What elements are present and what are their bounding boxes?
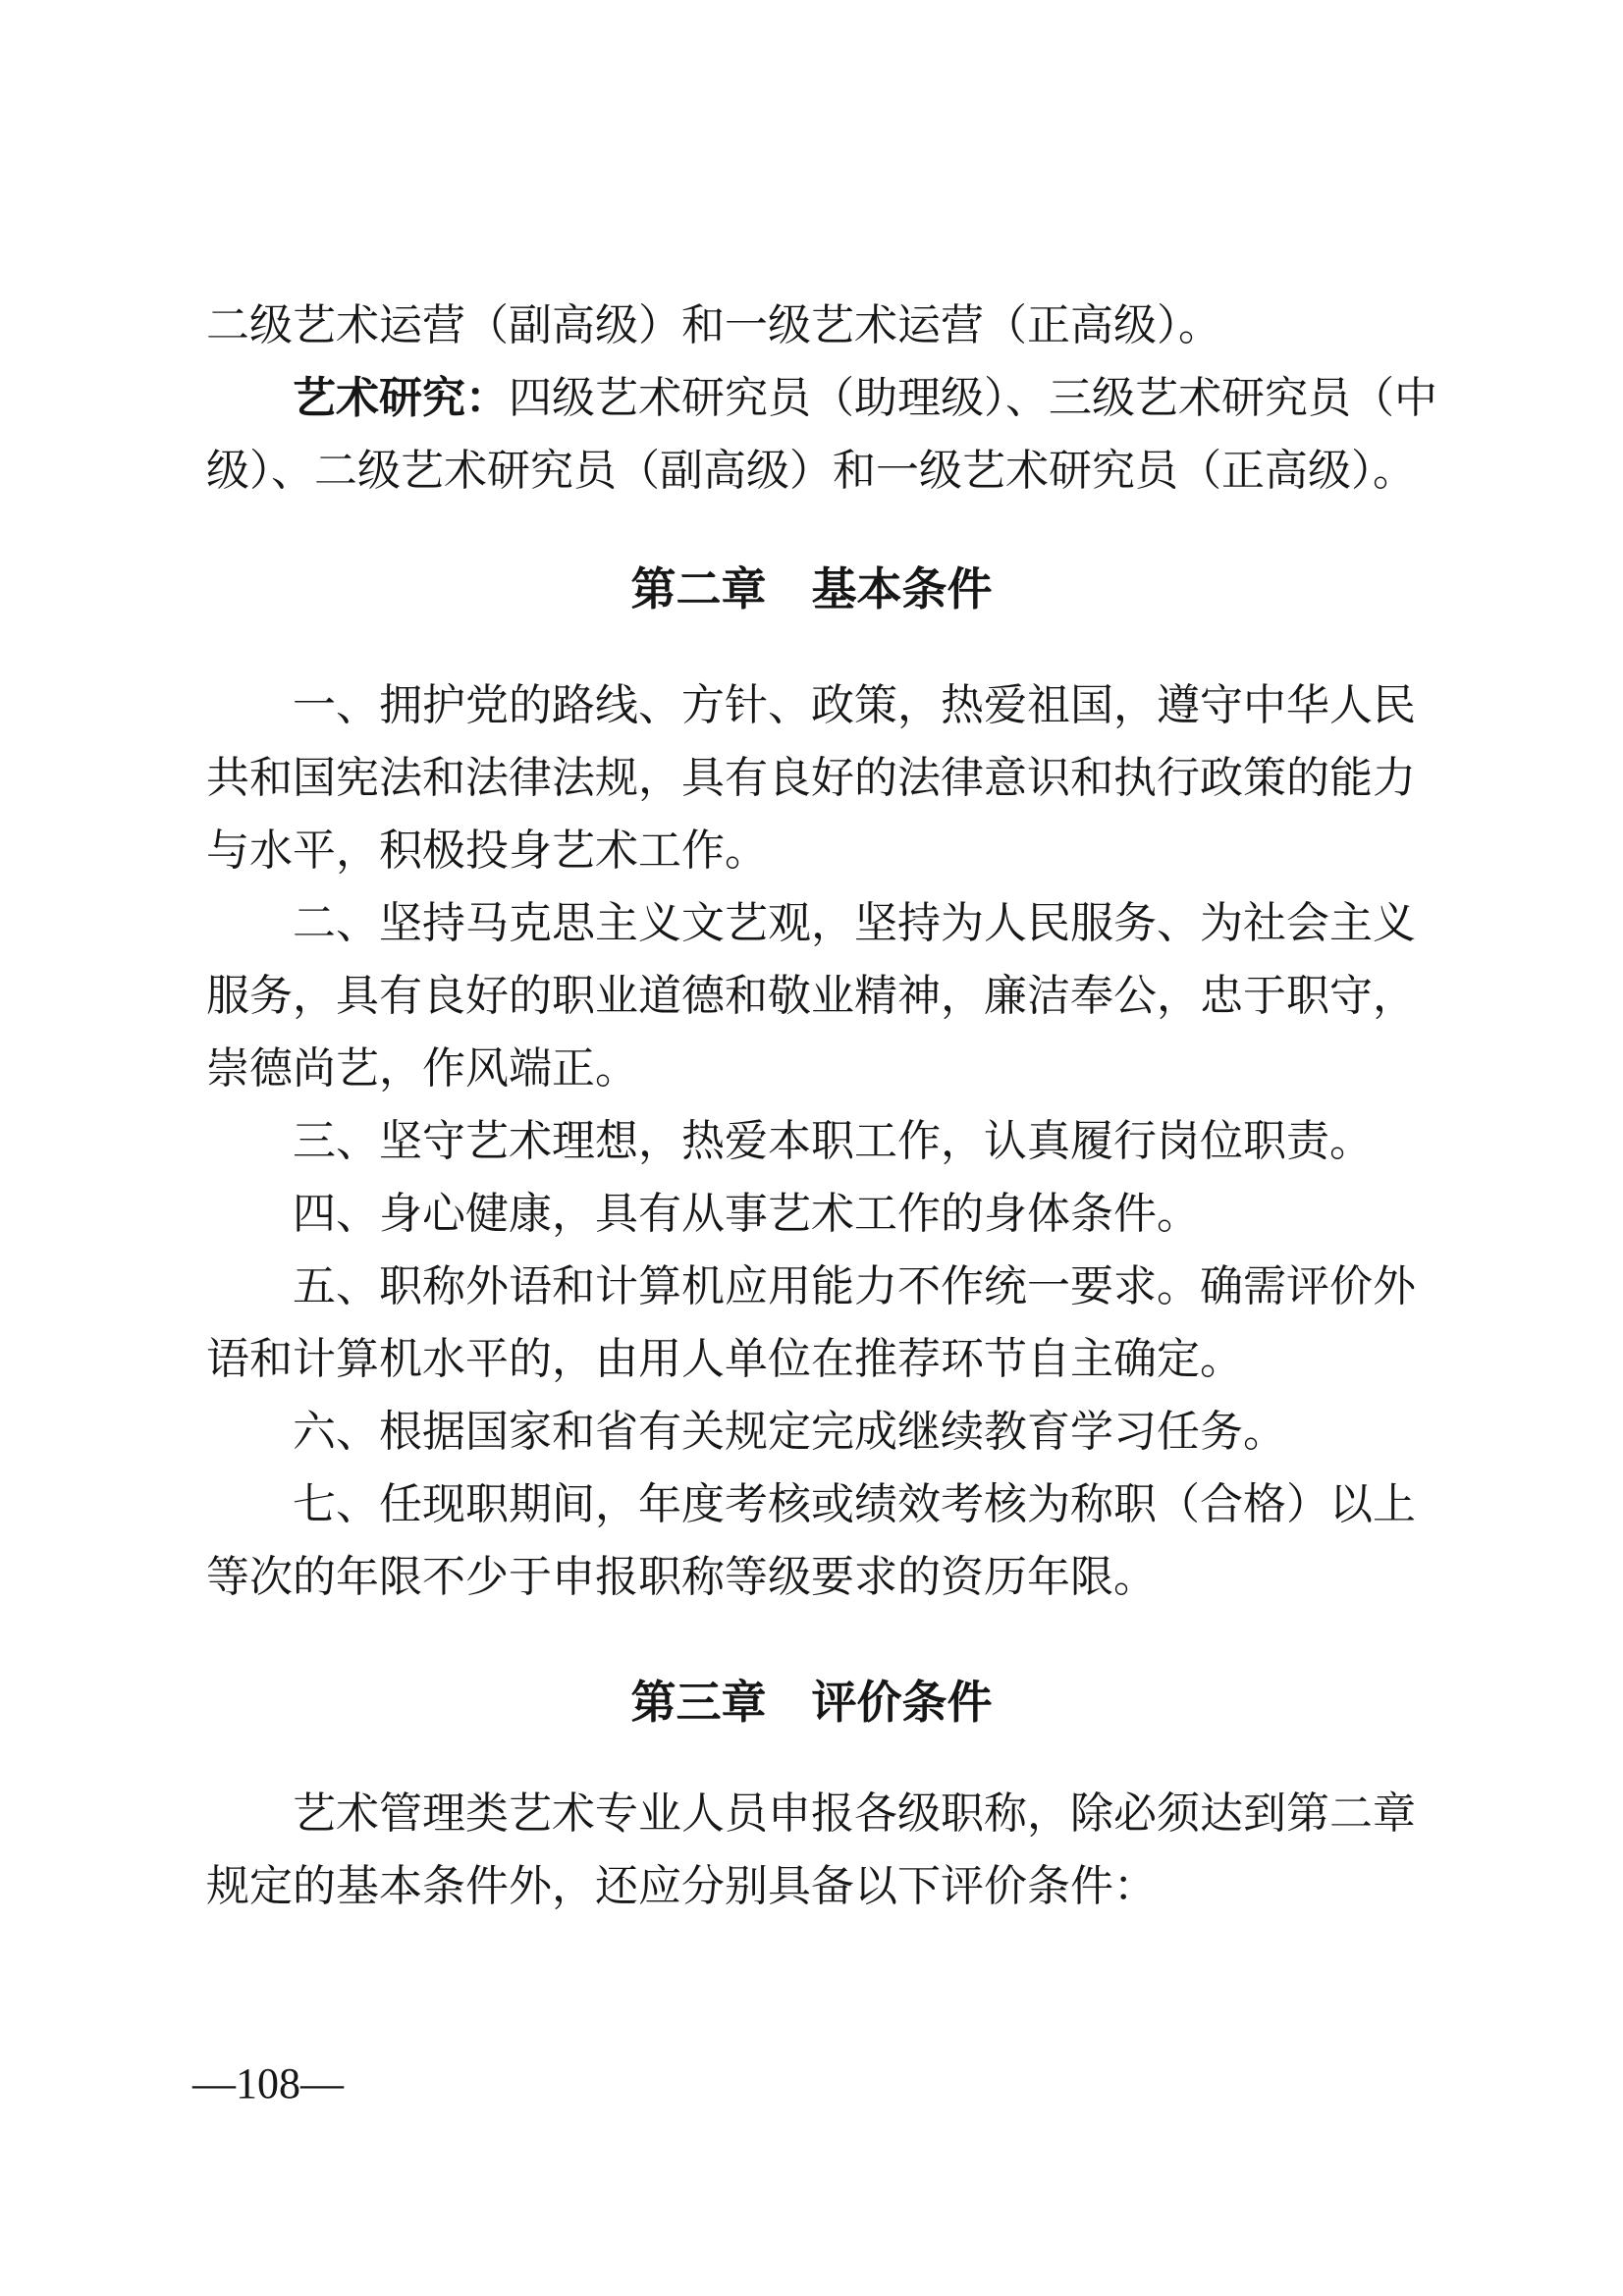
intro-line-2: 艺术研究：四级艺术研究员（助理级）、三级艺术研究员（中 xyxy=(206,362,1417,435)
chapter2-para7-line1: 七、任现职期间，年度考核或绩效考核为称职（合格）以上 xyxy=(206,1468,1417,1541)
chapter2-heading: 第二章 基本条件 xyxy=(206,553,1417,625)
intro-line-2-rest: 四级艺术研究员（助理级）、三级艺术研究员（中 xyxy=(509,374,1437,422)
chapter2-para2-line2: 服务，具有良好的职业道德和敬业精神，廉洁奉公，忠于职守， xyxy=(206,960,1417,1033)
chapter3-heading: 第三章 评价条件 xyxy=(206,1666,1417,1738)
intro-line-2-bold-label: 艺术研究： xyxy=(293,374,509,422)
chapter2-para7-line2: 等次的年限不少于申报职称等级要求的资历年限。 xyxy=(206,1541,1417,1614)
chapter2-para3-line1: 三、坚守艺术理想，热爱本职工作，认真履行岗位职责。 xyxy=(206,1105,1417,1178)
chapter2-para6-line1: 六、根据国家和省有关规定完成继续教育学习任务。 xyxy=(206,1396,1417,1468)
page-number: —108— xyxy=(192,2059,344,2109)
chapter2-para5-line1: 五、职称外语和计算机应用能力不作统一要求。确需评价外 xyxy=(206,1251,1417,1323)
chapter2-para2-line1: 二、坚持马克思主义文艺观，坚持为人民服务、为社会主义 xyxy=(206,887,1417,960)
chapter2-para2-line3: 崇德尚艺，作风端正。 xyxy=(206,1033,1417,1105)
chapter3-para1-line2: 规定的基本条件外，还应分别具备以下评价条件： xyxy=(206,1850,1417,1923)
chapter2-para1-line3: 与水平，积极投身艺术工作。 xyxy=(206,815,1417,887)
chapter3-para1-line1: 艺术管理类艺术专业人员申报各级职称，除必须达到第二章 xyxy=(206,1778,1417,1850)
intro-line-1: 二级艺术运营（副高级）和一级艺术运营（正高级）。 xyxy=(206,290,1417,362)
document-body: 二级艺术运营（副高级）和一级艺术运营（正高级）。 艺术研究：四级艺术研究员（助理… xyxy=(206,290,1417,1923)
chapter2-para4-line1: 四、身心健康，具有从事艺术工作的身体条件。 xyxy=(206,1178,1417,1251)
chapter2-para1-line1: 一、拥护党的路线、方针、政策，热爱祖国，遵守中华人民 xyxy=(206,669,1417,742)
chapter2-para1-line2: 共和国宪法和法律法规，具有良好的法律意识和执行政策的能力 xyxy=(206,742,1417,815)
document-page: 二级艺术运营（副高级）和一级艺术运营（正高级）。 艺术研究：四级艺术研究员（助理… xyxy=(0,0,1623,2296)
chapter2-para5-line2: 语和计算机水平的，由用人单位在推荐环节自主确定。 xyxy=(206,1323,1417,1396)
intro-line-3: 级）、二级艺术研究员（副高级）和一级艺术研究员（正高级）。 xyxy=(206,435,1417,507)
